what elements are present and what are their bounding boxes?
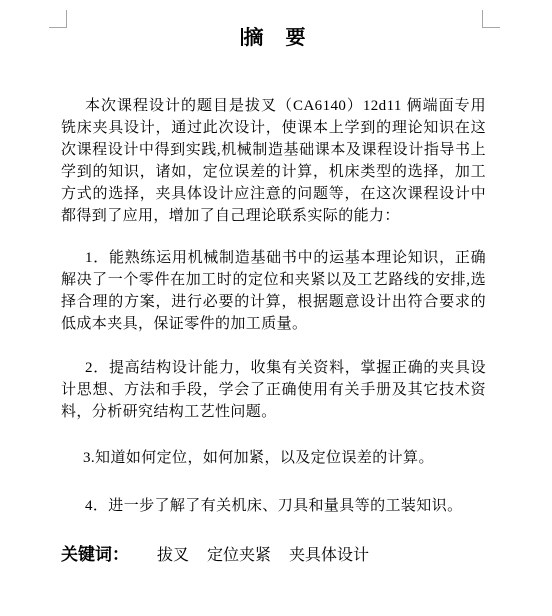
text-area[interactable]: 摘 要 本次课程设计的题目是拔叉（CA6140）12d11 俩端面专用铣床夹具设…	[61, 27, 486, 567]
paragraph-intro[interactable]: 本次课程设计的题目是拔叉（CA6140）12d11 俩端面专用铣床夹具设计，通过…	[61, 95, 486, 227]
document-page: 摘 要 本次课程设计的题目是拔叉（CA6140）12d11 俩端面专用铣床夹具设…	[0, 0, 552, 616]
keyword-item: 夹具体设计	[289, 547, 369, 564]
paragraph-item-4[interactable]: 4．进一步了解了有关机床、刀具和量具等的工装知识。	[61, 495, 486, 517]
keyword-item: 拔叉	[157, 547, 189, 564]
keyword-item: 定位夹紧	[207, 547, 271, 564]
paragraph-item-2[interactable]: 2．提高结构设计能力，收集有关资料，掌握正确的夹具设计思想、方法和手段，学会了正…	[61, 357, 486, 423]
abstract-title[interactable]: 摘 要	[61, 27, 486, 49]
paragraph-item-1[interactable]: 1．能熟练运用机械制造基础书中的运基本理论知识，正确解决了一个零件在加工时的定位…	[61, 247, 486, 335]
margin-mark-top-left-vertical	[66, 10, 67, 27]
margin-mark-top-right-vertical	[482, 10, 483, 27]
keywords-label: 关键词：	[61, 545, 129, 564]
abstract-title-text: 摘 要	[244, 27, 307, 49]
text-cursor	[241, 28, 243, 46]
abstract-body: 本次课程设计的题目是拔叉（CA6140）12d11 俩端面专用铣床夹具设计，通过…	[61, 95, 486, 517]
paragraph-item-3[interactable]: 3.知道如何定位，如何加紧，以及定位误差的计算。	[61, 447, 486, 469]
keywords-line[interactable]: 关键词：拔叉定位夹紧夹具体设计	[61, 544, 486, 567]
